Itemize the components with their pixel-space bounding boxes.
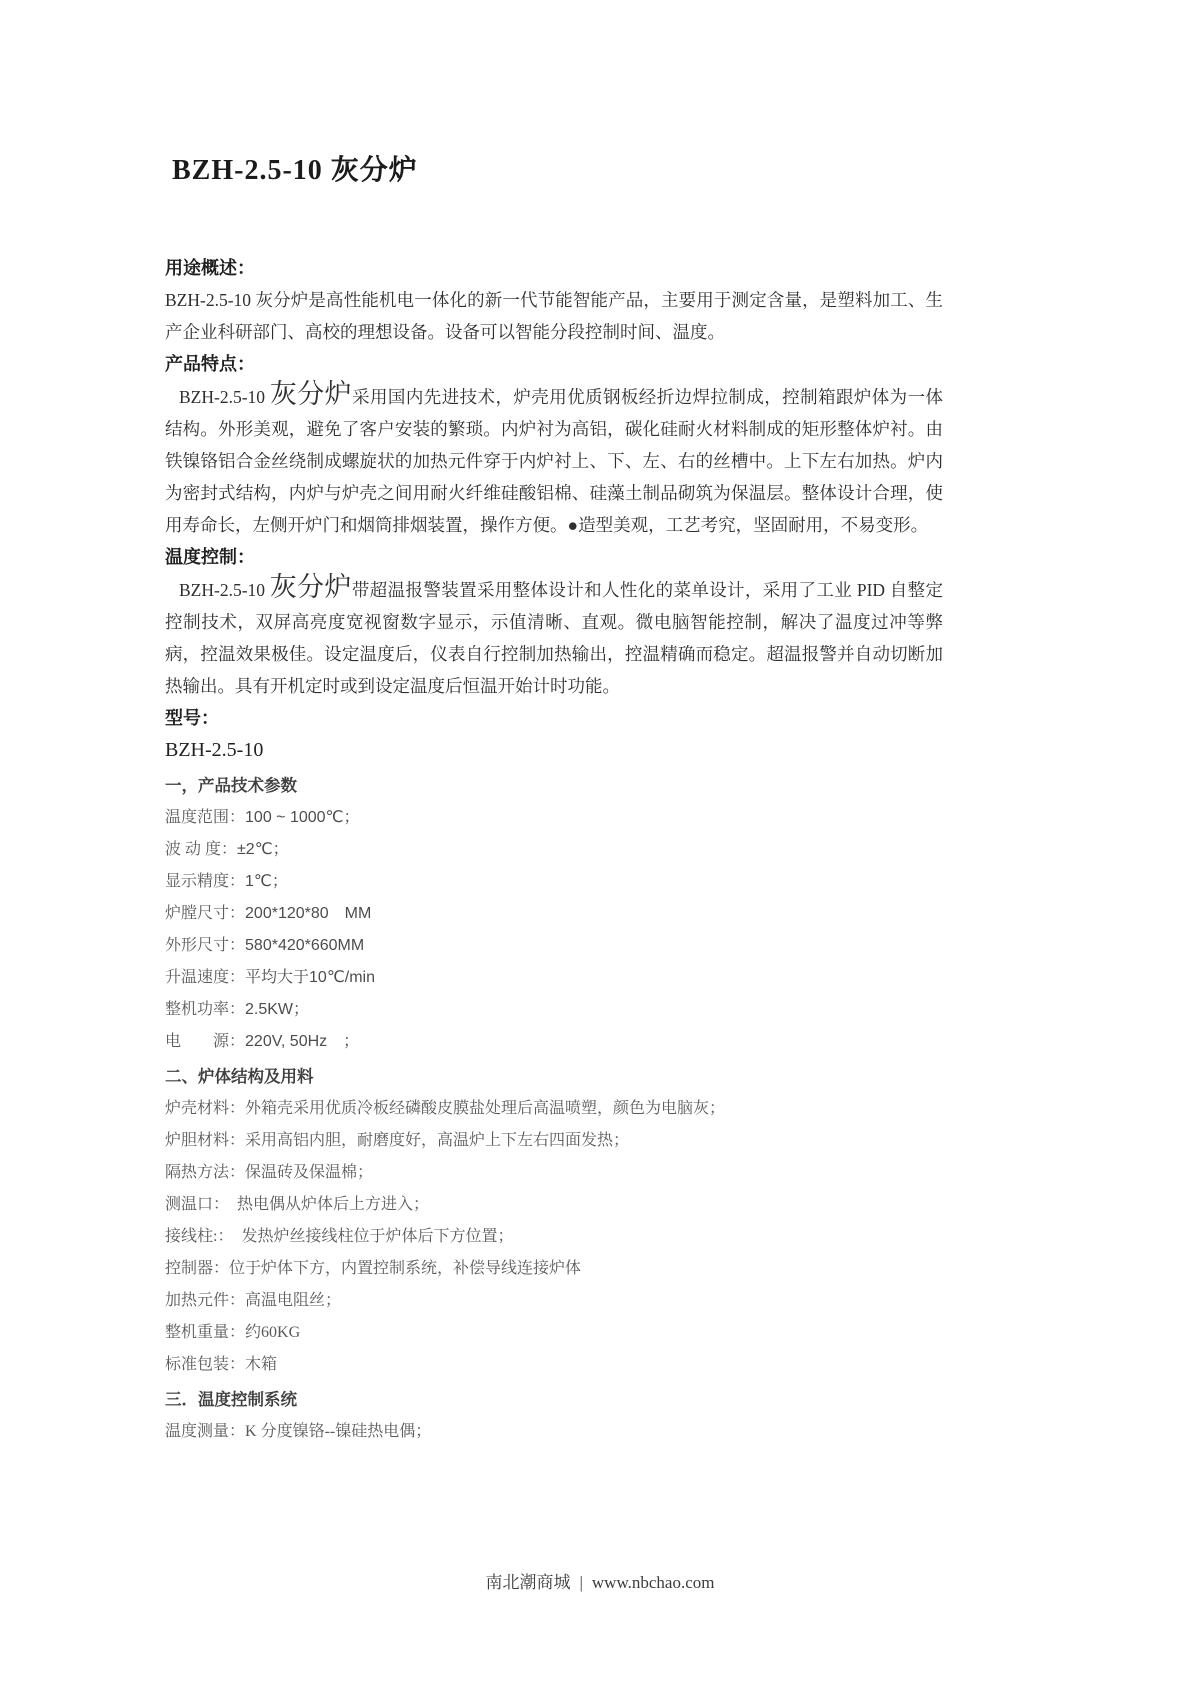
features-paragraph: BZH-2.5-10 灰分炉采用国内先进技术，炉壳用优质钢板经折边焊拉制成，控制… [165, 380, 943, 541]
page-title: BZH-2.5-10 灰分炉 [172, 148, 418, 188]
spec-row-temp-measurement: 温度测量：K 分度镍铬--镍硅热电偶； [165, 1416, 943, 1448]
features-model-prefix: BZH-2.5-10 [179, 387, 270, 407]
spec-row-chamber-size: 炉膛尺寸：200*120*80 MM [165, 898, 943, 930]
document-page: BZH-2.5-10 灰分炉 用途概述： BZH-2.5-10 灰分炉是高性能机… [0, 0, 1200, 1697]
footer-site-name: 南北潮商城 [486, 1573, 571, 1592]
temperature-paragraph: BZH-2.5-10 灰分炉带超温报警装置采用整体设计和人性化的菜单设计，采用了… [165, 573, 943, 702]
heading-model: 型号： [165, 702, 943, 734]
footer-url[interactable]: www.nbchao.com [592, 1573, 715, 1592]
spec-row-packaging: 标准包装：木箱 [165, 1349, 943, 1381]
spec-row-terminals: 接线柱:： 发热炉丝接线柱位于炉体后下方位置； [165, 1221, 943, 1253]
footer-divider: | [580, 1573, 583, 1592]
heading-temp-control-system: 三．温度控制系统 [165, 1384, 943, 1416]
heading-temperature-control: 温度控制： [165, 541, 943, 573]
spec-row-controller: 控制器：位于炉体下方，内置控制系统，补偿导线连接炉体 [165, 1253, 943, 1285]
spec-row-fluctuation: 波 动 度：±2℃； [165, 834, 943, 866]
spec-row-heating-rate: 升温速度：平均大于10℃/min [165, 962, 943, 994]
heading-usage-overview: 用途概述： [165, 252, 943, 284]
temperature-model-prefix: BZH-2.5-10 [179, 580, 270, 600]
spec-row-power-supply: 电 源：220V, 50Hz ； [165, 1026, 943, 1058]
spec-row-liner-material: 炉胆材料：采用高铝内胆，耐磨度好，高温炉上下左右四面发热； [165, 1125, 943, 1157]
spec-row-insulation: 隔热方法：保温砖及保温棉； [165, 1157, 943, 1189]
features-product-name-large: 灰分炉 [270, 379, 352, 409]
usage-paragraph: BZH-2.5-10 灰分炉是高性能机电一体化的新一代节能智能产品，主要用于测定… [165, 284, 943, 348]
heading-product-features: 产品特点： [165, 348, 943, 380]
temperature-product-name-large: 灰分炉 [270, 572, 352, 602]
spec-row-shell-material: 炉壳材料：外箱壳采用优质冷板经磷酸皮膜盐处理后高温喷塑，颜色为电脑灰； [165, 1093, 943, 1125]
spec-row-power: 整机功率：2.5KW； [165, 994, 943, 1026]
heading-furnace-structure: 二、炉体结构及用料 [165, 1061, 943, 1093]
spec-row-temp-range: 温度范围：100 ~ 1000℃； [165, 802, 943, 834]
features-text: 采用国内先进技术，炉壳用优质钢板经折边焊拉制成，控制箱跟炉体为一体结构。外形美观… [165, 387, 943, 535]
spec-row-temp-port: 测温口： 热电偶从炉体后上方进入； [165, 1189, 943, 1221]
spec-row-weight: 整机重量：约60KG [165, 1317, 943, 1349]
model-value: BZH-2.5-10 [165, 734, 943, 767]
heading-tech-params: 一，产品技术参数 [165, 770, 943, 802]
spec-row-outer-size: 外形尺寸：580*420*660MM [165, 930, 943, 962]
page-footer: 南北潮商城|www.nbchao.com [0, 1568, 1200, 1598]
document-body: 用途概述： BZH-2.5-10 灰分炉是高性能机电一体化的新一代节能智能产品，… [165, 252, 943, 1448]
spec-row-heating-element: 加热元件：高温电阻丝； [165, 1285, 943, 1317]
spec-row-display-accuracy: 显示精度：1℃； [165, 866, 943, 898]
